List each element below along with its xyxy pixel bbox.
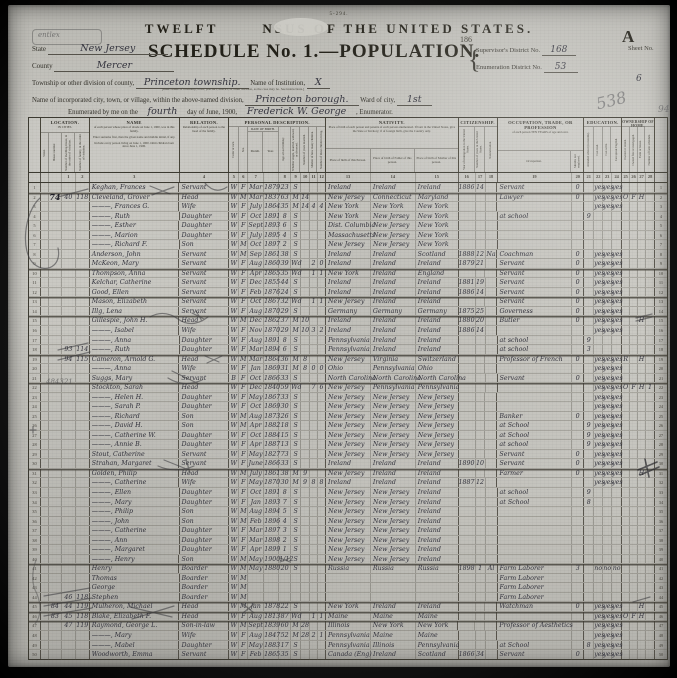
- cell-en: [612, 240, 622, 249]
- cell-house: [49, 593, 62, 602]
- cell-mn: 0: [572, 250, 584, 259]
- cell-occ: [498, 507, 573, 516]
- cell-na: [485, 621, 497, 630]
- cell-dwell: 45: [62, 612, 76, 621]
- cell-ym: [301, 240, 310, 249]
- cell-pf: Germany: [371, 307, 416, 316]
- cell-ow: [622, 517, 630, 526]
- cell-pf: New Jersey: [371, 221, 416, 230]
- cell-occ: Farm Laborer: [498, 564, 573, 573]
- cell-pob: New York: [326, 212, 371, 221]
- census-title-right: NSUS OF THE UNITED STATES.: [262, 21, 533, 36]
- cell-fam: [76, 641, 90, 650]
- cell-rel: Daughter: [179, 440, 229, 449]
- cell-yr: 1893: [264, 221, 279, 230]
- row-number: 22: [655, 383, 667, 392]
- cell-street: [41, 193, 49, 202]
- cell-street: [41, 450, 49, 459]
- row-number: 49: [29, 641, 41, 650]
- cell-mn: [572, 498, 584, 507]
- cell-fs: [646, 269, 655, 278]
- cell-age: 35: [279, 202, 291, 211]
- cell-mn: 0: [572, 650, 584, 660]
- cell-mar: Wd: [291, 259, 301, 268]
- cell-wr: yes: [603, 440, 612, 449]
- cell-yu: [476, 498, 486, 507]
- cell-pm: Ireland: [416, 336, 459, 345]
- cell-name: ———, David H.: [90, 421, 180, 430]
- table-row: 12Good, EllenServantWFFeb187624SIrelandI…: [29, 288, 667, 298]
- cell-fm: [630, 498, 638, 507]
- cell-sch: [584, 469, 594, 478]
- cell-rel: Son: [180, 517, 230, 526]
- speak-english-col-label: Can speak English.: [615, 138, 618, 161]
- row-number: 19: [29, 355, 41, 364]
- cell-occ: [497, 202, 572, 211]
- row-number: 16: [29, 326, 41, 335]
- cell-yi: [459, 412, 476, 421]
- cell-rd: yes: [594, 459, 603, 468]
- cell-pf: Ireland: [371, 278, 416, 287]
- cell-pf: Connecticut: [371, 193, 416, 202]
- row-number: 38: [29, 536, 41, 545]
- cell-yu: [476, 193, 486, 202]
- cell-mo: Aug: [248, 612, 264, 621]
- cell-yi: [459, 612, 476, 621]
- cell-rd: yes: [594, 440, 603, 449]
- cell-rel: Daughter: [179, 393, 229, 402]
- cell-occ: [498, 526, 573, 535]
- cell-rel: Daughter: [179, 402, 229, 411]
- cell-ym: [301, 564, 310, 573]
- cell-mar: S: [291, 555, 301, 564]
- cell-ow: [622, 469, 630, 478]
- cell-mc: [310, 193, 318, 202]
- cell-en: yes: [612, 288, 622, 297]
- cell-occ: [498, 383, 573, 392]
- cell-fs: [646, 316, 655, 325]
- cell-yi: [459, 536, 476, 545]
- cell-ym: [301, 212, 310, 221]
- row-number-column-header-right: [655, 118, 667, 172]
- cell-fh: [638, 240, 646, 249]
- cell-pm: Ireland: [416, 507, 459, 516]
- cell-fs: [646, 355, 655, 364]
- cell-age: 38: [279, 250, 291, 259]
- cell-occ: [497, 326, 572, 335]
- column-number: 16: [459, 173, 476, 182]
- cell-dwell: 46: [62, 593, 76, 602]
- cell-rel: Servant: [179, 374, 229, 383]
- cell-dwell: [62, 431, 76, 440]
- cell-rd: yes: [594, 631, 603, 640]
- cell-mo: Oct: [248, 402, 264, 411]
- cell-rd: [594, 231, 603, 240]
- cell-mar: [291, 574, 301, 583]
- cell-fm: [630, 517, 638, 526]
- cell-ym: 9: [301, 478, 310, 487]
- personal-title: PERSONAL DESCRIPTION.: [229, 118, 325, 125]
- cell-rel: Servant: [179, 450, 229, 459]
- row-number: 50: [655, 650, 667, 660]
- cell-race: W: [229, 641, 239, 650]
- cell-race: W: [229, 402, 239, 411]
- cell-wr: [603, 212, 612, 221]
- table-row: 1994115Cameron, Arnold G.HeadWMMar186436…: [29, 355, 667, 365]
- cell-pob: New Jersey: [326, 297, 371, 306]
- census-title-left: TWELFT: [145, 21, 219, 36]
- cell-mar: M: [291, 193, 301, 202]
- cell-occ: Lawyer: [497, 193, 572, 202]
- cell-pm: Ireland: [416, 316, 459, 325]
- cell-yu: [476, 555, 486, 564]
- row-number: 41: [29, 564, 41, 573]
- table-row: 17———, AnnaDaughterWFAug18918SPennsylvan…: [29, 336, 667, 346]
- cell-house: [49, 545, 62, 554]
- column-number: 3: [90, 173, 180, 182]
- cell-ym: [301, 221, 310, 230]
- cell-occ: [497, 631, 572, 640]
- cell-rd: [594, 507, 603, 516]
- cell-en: yes: [612, 374, 622, 383]
- cell-rel: Daughter: [179, 431, 229, 440]
- cell-mo: July: [248, 231, 264, 240]
- cell-age: 1/12: [279, 555, 291, 564]
- cell-ow: [622, 250, 630, 259]
- cell-en: yes: [612, 450, 622, 459]
- cell-yr: 1861: [264, 469, 279, 478]
- cell-yi: 1881: [459, 278, 476, 287]
- table-row: 26———, David H.SonWMApr188218SNew Jersey…: [29, 421, 667, 431]
- cell-dwell: [62, 641, 76, 650]
- cell-wr: yes: [603, 469, 612, 478]
- cell-fm: [630, 412, 638, 421]
- cell-pob: New Jersey: [326, 517, 371, 526]
- cell-mn: 0: [572, 469, 584, 478]
- cell-sch: 9: [584, 431, 594, 440]
- cell-mo: Dec: [248, 316, 264, 325]
- cell-ym: [301, 307, 310, 316]
- cell-mo: Oct: [248, 240, 264, 249]
- cell-fam: [76, 574, 90, 583]
- cell-rd: yes: [594, 402, 603, 411]
- cell-mn: [572, 240, 584, 249]
- cell-occ: [498, 545, 573, 554]
- enumeration-district-label: Enumeration District No.: [476, 64, 542, 71]
- cell-age: 30: [279, 402, 291, 411]
- cell-rd: yes: [594, 288, 603, 297]
- cell-rd: yes: [594, 259, 603, 268]
- cell-en: [612, 212, 622, 221]
- cell-ow: [622, 393, 630, 402]
- cell-fam: [76, 431, 90, 440]
- cell-occ: Coachman: [497, 250, 572, 259]
- cell-dwell: [62, 469, 76, 478]
- cell-wr: yes: [603, 402, 612, 411]
- cell-fm: [630, 469, 638, 478]
- cell-wr: [603, 221, 612, 230]
- cell-mar: M: [291, 326, 301, 335]
- cell-ym: [301, 421, 310, 430]
- cell-en: [612, 488, 622, 497]
- race-col-label: Color or race.: [232, 141, 235, 158]
- cell-occ: [497, 402, 572, 411]
- cell-street: [41, 221, 49, 230]
- cell-sch: 9: [584, 421, 594, 430]
- cell-mar: S: [291, 336, 301, 345]
- cell-pf: Ireland: [371, 345, 416, 354]
- cell-race: B: [229, 374, 239, 383]
- cell-en: yes: [612, 383, 622, 392]
- cell-sex: F: [239, 221, 248, 230]
- cell-sex: F: [239, 307, 248, 316]
- cell-dwell: [62, 288, 76, 297]
- column-number-row: 1234567891011121314151617181920212223242…: [29, 172, 667, 182]
- column-number: 27: [638, 173, 646, 182]
- cell-yi: [459, 297, 476, 306]
- cell-fh: [638, 326, 646, 335]
- cell-name: Keghan, Frances: [90, 183, 180, 192]
- cell-yr: 1827: [264, 450, 279, 459]
- cell-wr: [603, 574, 612, 583]
- row-number: 9: [655, 259, 667, 268]
- state-line: State New Jersey: [32, 43, 174, 55]
- cell-race: W: [229, 621, 239, 630]
- row-number: 34: [655, 498, 667, 507]
- cell-ym: [301, 593, 310, 602]
- row-number: 17: [655, 336, 667, 345]
- cell-pm: England: [416, 269, 459, 278]
- cell-rel: Servant: [179, 459, 229, 468]
- cell-yr: 1860: [264, 259, 279, 268]
- enumerated-mid: day of June, 1900,: [187, 109, 237, 116]
- cell-yu: 14: [476, 183, 486, 192]
- cell-sex: F: [239, 450, 248, 459]
- cell-rd: yes: [594, 183, 603, 192]
- cell-mn: [572, 583, 584, 592]
- row-number: 35: [29, 507, 41, 516]
- cell-name: Woodworth, Emma: [90, 650, 180, 660]
- cell-fs: [646, 183, 655, 192]
- cell-rd: yes: [594, 431, 603, 440]
- cell-dwell: [62, 278, 76, 287]
- cell-cl: [318, 488, 326, 497]
- cell-mc: [310, 517, 318, 526]
- cell-en: [612, 221, 622, 230]
- cell-pob: New Jersey: [326, 421, 371, 430]
- cell-mar: Wd: [291, 612, 301, 621]
- census-scan: 5-294. TWELFTNSUS OF THE UNITED STATES. …: [0, 0, 677, 678]
- can-write-col-label: Can write.: [605, 143, 608, 156]
- cell-name: McKeon, Mary: [90, 259, 180, 268]
- month-col-label: Month.: [250, 149, 261, 155]
- cell-ym: [301, 641, 310, 650]
- cell-mn: 0: [572, 316, 584, 325]
- cell-sch: 3: [584, 345, 594, 354]
- cell-fam: [76, 288, 90, 297]
- column-number: 28: [646, 173, 655, 182]
- table-row: 27440118Cleveland, GroverHeadWMMar183763…: [29, 193, 667, 203]
- cell-dwell: [62, 450, 76, 459]
- cell-cl: 0: [318, 364, 326, 373]
- cell-dwell: 93: [62, 345, 76, 354]
- cell-ym: [301, 555, 310, 564]
- cell-name: Thomas: [90, 574, 180, 583]
- cell-street: [41, 440, 49, 449]
- cell-occ: Farm Laborer: [498, 583, 573, 592]
- cell-ym: [301, 374, 310, 383]
- cell-race: W: [229, 517, 239, 526]
- cell-yu: [476, 269, 486, 278]
- cell-name: Mason, Elizabeth: [90, 297, 180, 306]
- cell-mo: Jan: [248, 364, 264, 373]
- cell-name: ———, Mabel: [90, 641, 180, 650]
- cell-na: [486, 641, 498, 650]
- cell-fm: [630, 574, 638, 583]
- cell-mo: June: [248, 459, 264, 468]
- cell-mo: May: [248, 478, 264, 487]
- cell-mc: [310, 459, 318, 468]
- cell-en: [612, 545, 622, 554]
- cell-name: ———, Isabel: [90, 326, 180, 335]
- cell-race: W: [229, 450, 239, 459]
- cell-sex: F: [239, 431, 248, 440]
- cell-yr: 1869: [264, 364, 279, 373]
- cell-sex: M: [239, 517, 248, 526]
- cell-rd: yes: [594, 602, 603, 611]
- sheet-label: Sheet No.: [628, 45, 654, 52]
- row-number: 33: [29, 488, 41, 497]
- cell-race: W: [229, 193, 239, 202]
- cell-rd: yes: [594, 193, 603, 202]
- column-number: 9: [291, 173, 301, 182]
- cell-mo: Aug: [248, 259, 264, 268]
- pencil-page-annotation: 94: [658, 105, 669, 115]
- cell-name: ———, John: [90, 517, 180, 526]
- cell-ow: [622, 374, 630, 383]
- row-number: 26: [29, 421, 41, 430]
- cell-wr: [603, 536, 612, 545]
- cell-fm: [630, 526, 638, 535]
- cell-en: [612, 345, 622, 354]
- cell-mn: [572, 593, 584, 602]
- cell-yr: 1891: [264, 488, 279, 497]
- table-row: 6———, MarionDaughterWFJuly18954SMassachu…: [29, 231, 667, 241]
- cell-cl: [318, 469, 326, 478]
- cell-fm: [630, 478, 638, 487]
- cell-pob: Ireland: [326, 459, 371, 468]
- cell-en: yes: [612, 269, 622, 278]
- cell-pf: Ireland: [371, 650, 416, 660]
- cell-na: Al: [486, 564, 498, 573]
- cell-yr: 1878: [264, 602, 279, 611]
- cell-fm: [630, 183, 638, 192]
- cell-house: [49, 288, 62, 297]
- cell-fs: [646, 440, 655, 449]
- cell-pm: New York: [416, 202, 459, 211]
- cell-yr: 1873: [264, 412, 279, 421]
- cell-fs: [646, 431, 655, 440]
- cell-wr: yes: [603, 316, 612, 325]
- cell-sex: F: [239, 269, 248, 278]
- cell-ow: [622, 364, 630, 373]
- cell-pf: Maine: [371, 612, 416, 621]
- cell-dwell: [62, 498, 76, 507]
- row-number: 29: [29, 450, 41, 459]
- cell-fam: [76, 336, 90, 345]
- cell-mo: Nov: [248, 326, 264, 335]
- cell-yi: [459, 593, 476, 602]
- cell-yi: [459, 574, 476, 583]
- cell-pob: [326, 574, 371, 583]
- cell-pm: New Jersey: [416, 431, 459, 440]
- row-number: 48: [655, 631, 667, 640]
- cell-cl: [318, 498, 326, 507]
- cell-sex: M: [239, 555, 248, 564]
- cell-age: [279, 574, 291, 583]
- age-col-label: Age at last birthday.: [282, 137, 285, 161]
- cell-pm: New Jersey: [416, 450, 459, 459]
- cell-sex: F: [239, 478, 248, 487]
- occupation-group-header: OCCUPATION, TRADE, OR PROFESSION of each…: [498, 118, 585, 172]
- cell-rd: yes: [594, 374, 603, 383]
- cell-mo: Dec: [248, 383, 264, 392]
- column-number: 5: [229, 173, 239, 182]
- table-row: 5———, EstherDaughterWFSept18936SDist. Co…: [29, 221, 667, 231]
- cell-pf: New Jersey: [371, 507, 416, 516]
- cell-rd: yes: [594, 355, 603, 364]
- cell-fh: H: [638, 602, 646, 611]
- cell-pob: New York: [326, 202, 371, 211]
- cell-ym: [301, 412, 310, 421]
- cell-yr: 1866: [264, 374, 279, 383]
- cell-rel: Son: [179, 412, 229, 421]
- cell-dwell: [62, 459, 76, 468]
- cell-yr: 1861: [264, 250, 279, 259]
- cell-yu: [476, 593, 486, 602]
- cell-rd: yes: [594, 278, 603, 287]
- cell-cl: [318, 250, 326, 259]
- cell-yr: 1865: [264, 650, 279, 660]
- cell-cl: [318, 641, 326, 650]
- cell-mar: M: [291, 469, 301, 478]
- cell-yi: [459, 193, 476, 202]
- cell-fam: [76, 202, 90, 211]
- cell-pob: Ireland: [326, 288, 371, 297]
- cell-wr: yes: [603, 259, 612, 268]
- cell-pob: Ireland: [326, 183, 371, 192]
- cell-house: 83: [49, 612, 62, 621]
- table-body: 1Keghan, FrancesServantWFMar187923SIrela…: [28, 183, 668, 660]
- cell-fm: [630, 507, 638, 516]
- cell-pm: Ireland: [416, 478, 459, 487]
- cell-fm: [630, 326, 638, 335]
- cell-pob: New Jersey: [326, 488, 371, 497]
- name-title: NAME: [90, 118, 179, 125]
- cell-fam: [76, 183, 90, 192]
- cell-rel: Servant: [179, 259, 229, 268]
- cell-fam: [76, 393, 90, 402]
- cell-yi: [459, 498, 476, 507]
- cell-dwell: [62, 221, 76, 230]
- cell-occ: Farmer: [497, 469, 572, 478]
- cell-cl: [318, 526, 326, 535]
- row-number: 23: [29, 393, 41, 402]
- cell-yi: [459, 345, 476, 354]
- cell-rd: yes: [594, 412, 603, 421]
- cell-dwell: 94: [62, 355, 76, 364]
- cell-mo: Mar: [248, 345, 264, 354]
